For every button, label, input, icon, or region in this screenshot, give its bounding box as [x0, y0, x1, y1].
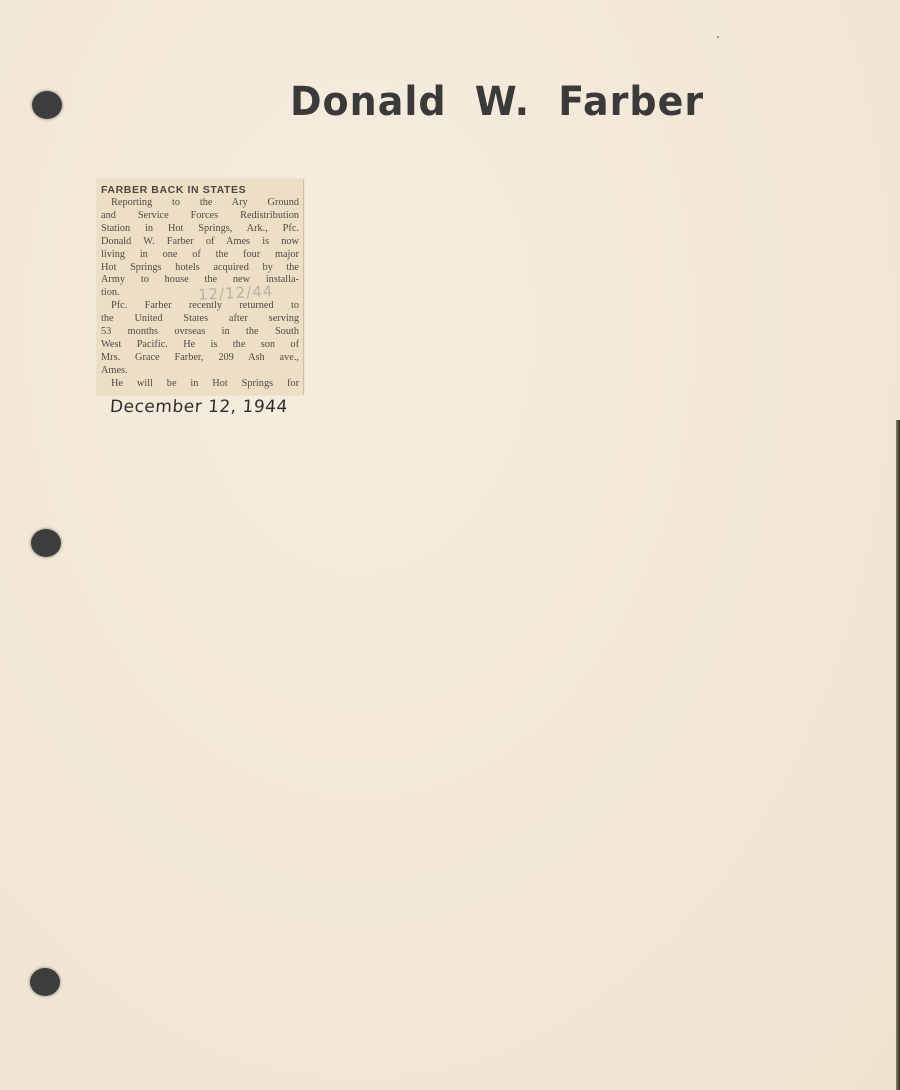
clipping-headline: FARBER BACK IN STATES	[101, 184, 299, 196]
clipping-line: Reporting to the Ary Ground	[101, 197, 299, 210]
page-title: Donald W. Farber	[290, 78, 704, 124]
clipping-line: Ames.	[101, 365, 299, 378]
punch-hole-icon	[32, 91, 62, 119]
scrapbook-page: Donald W. Farber FARBER BACK IN STATES R…	[0, 0, 900, 1090]
clipping-line: West Pacific. He is the son of	[101, 339, 299, 352]
clipping-line: Hot Springs hotels acquired by the	[101, 262, 299, 275]
clipping-line: living in one of the four major	[101, 249, 299, 262]
punch-hole-icon	[31, 529, 61, 557]
page-edge-shadow	[896, 420, 900, 1090]
clipping-line: 53 months ovrseas in the South	[101, 326, 299, 339]
paper-speck	[717, 36, 719, 38]
clipping-line: and Service Forces Redistribution	[101, 210, 299, 223]
clipping-line: the United States after serving	[101, 313, 299, 326]
clipping-line: He will be in Hot Springs for	[101, 378, 299, 391]
handwritten-date: December 12, 1944	[109, 397, 288, 417]
punch-hole-icon	[30, 968, 60, 996]
clipping-line: Mrs. Grace Farber, 209 Ash ave.,	[101, 352, 299, 365]
clipping-line: Station in Hot Springs, Ark., Pfc.	[101, 223, 299, 236]
clipping-line: Donald W. Farber of Ames is now	[101, 236, 299, 249]
